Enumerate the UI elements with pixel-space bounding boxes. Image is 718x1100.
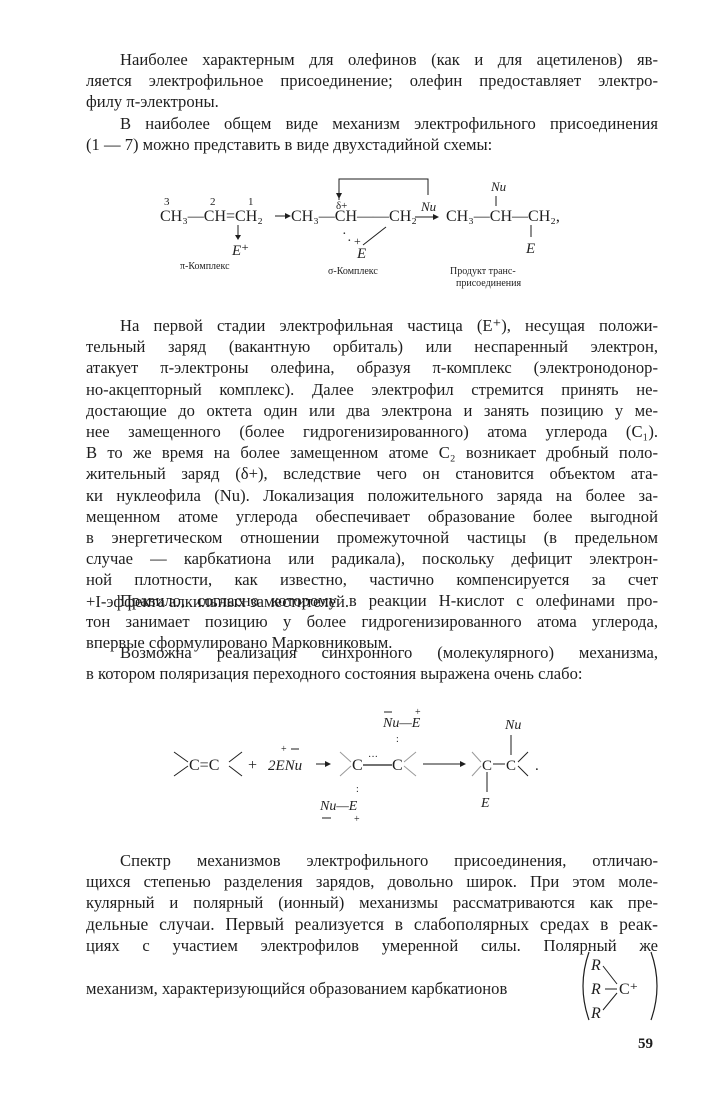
dots: ··· bbox=[368, 752, 378, 763]
reagent-formula: 2ENu bbox=[268, 758, 302, 774]
text-line: Правило, согласно которому в реакции H-к… bbox=[86, 590, 658, 611]
text-line: кулярный и полярный (ионный) механизмы р… bbox=[86, 892, 658, 913]
dots: · bbox=[347, 234, 352, 249]
arrow-head-icon bbox=[460, 761, 466, 767]
text-line: Наиболее характерным для олефинов (как и… bbox=[86, 49, 658, 70]
product-e-label: E bbox=[525, 241, 535, 257]
paragraph-2: В наиболее общем виде механизм электрофи… bbox=[86, 113, 658, 155]
sigma-complex-caption: σ-Комплекс bbox=[328, 266, 378, 277]
left-paren bbox=[583, 952, 589, 1020]
text-line: нее замещенного (более гидрогенизированн… bbox=[86, 421, 658, 442]
delta-plus-label: δ+ bbox=[336, 200, 347, 212]
two-stage-mechanism-scheme: 3 2 1 CH₃—CH=CH₂ E⁺ CH₃—CH——CH₂ δ+ Nu · … bbox=[150, 165, 570, 295]
text-line: ной плотности, как известно, частично ко… bbox=[86, 569, 658, 590]
nucleophile-attack-path bbox=[339, 179, 428, 200]
plus-charge: + bbox=[281, 744, 287, 755]
text-line: тон занимает позицию у более гидрогенизи… bbox=[86, 611, 658, 632]
text-line: атакует π-электроны олефина, образуя π-к… bbox=[86, 357, 658, 378]
text-line: (1 — 7) можно представить в виде двухста… bbox=[86, 134, 658, 155]
product-e-label: E bbox=[480, 796, 490, 811]
arrow-head-icon bbox=[336, 193, 342, 199]
r-group-1: R bbox=[590, 957, 601, 974]
text-line: В наиболее общем виде механизм электрофи… bbox=[86, 113, 658, 134]
paragraph-6: Спектр механизмов электрофильного присое… bbox=[86, 850, 658, 956]
carbon-number-2: 2 bbox=[210, 196, 216, 208]
carbocation-center: C⁺ bbox=[619, 981, 638, 998]
bond bbox=[174, 766, 188, 776]
dots: : bbox=[356, 784, 359, 795]
product-nu-label: Nu bbox=[490, 179, 507, 194]
bond bbox=[603, 993, 617, 1010]
bond bbox=[174, 752, 188, 762]
bond bbox=[518, 752, 528, 762]
text-line: достающие до октета один или два электро… bbox=[86, 400, 658, 421]
arrow-head-icon bbox=[235, 235, 241, 240]
paragraph-3: На первой стадии электрофильная частица … bbox=[86, 315, 658, 612]
dots: : bbox=[396, 734, 399, 745]
bond bbox=[229, 766, 242, 776]
product-formula: CH₃—CH—CH₂, bbox=[446, 208, 560, 225]
text-line: мещенном атоме углерода обеспечивает обр… bbox=[86, 506, 658, 527]
product-caption-line2: присоединения bbox=[456, 278, 522, 289]
ts-bottom-label: Nu—E bbox=[319, 799, 358, 814]
right-paren bbox=[651, 952, 657, 1020]
text-line: циях с участием электрофилов умеренной с… bbox=[86, 935, 658, 956]
text-line: ки нуклеофила (Nu). Локализация положите… bbox=[86, 485, 658, 506]
text-line: в энергетическом отношении промежуточной… bbox=[86, 527, 658, 548]
text-line: тельный заряд (вакантную орбиталь) или н… bbox=[86, 336, 658, 357]
text-line: ляется электрофильное присоединение; оле… bbox=[86, 70, 658, 91]
text-line: жительный заряд (δ+), вследствие чего он… bbox=[86, 463, 658, 484]
pi-complex-caption: π-Комплекс bbox=[180, 261, 230, 272]
r-group-2: R bbox=[590, 981, 601, 998]
ts-top-label: Nu—E bbox=[382, 716, 421, 731]
text-line: филу π-электроны. bbox=[86, 91, 658, 112]
text-line: но-акцепторный комплекс). Далее электроф… bbox=[86, 379, 658, 400]
synchronous-mechanism-scheme: C=C + 2ENu + C ··· C Nu—E + : : Nu—E + C… bbox=[170, 700, 550, 830]
plus-charge: + bbox=[354, 814, 360, 825]
propene-formula: CH₃—CH=CH₂ bbox=[160, 208, 263, 225]
electrophile-label: E⁺ bbox=[231, 243, 249, 259]
text-line: щихся степенью разделения зарядов, довол… bbox=[86, 871, 658, 892]
carbon-number-3: 3 bbox=[164, 196, 170, 208]
plus-charge: + bbox=[415, 707, 421, 718]
period: . bbox=[535, 758, 539, 774]
bond bbox=[472, 766, 481, 776]
bond bbox=[340, 752, 351, 762]
bond bbox=[229, 752, 242, 762]
ts-carbon-right: C bbox=[392, 757, 403, 774]
paragraph-5: Возможна реализация синхронного (молекул… bbox=[86, 642, 658, 684]
paragraph-1: Наиболее характерным для олефинов (как и… bbox=[86, 49, 658, 113]
arrow-head-icon bbox=[433, 214, 439, 220]
bond bbox=[404, 766, 416, 776]
nu-reagent-label: Nu bbox=[420, 199, 437, 214]
ts-carbon-left: C bbox=[352, 757, 363, 774]
bond bbox=[340, 766, 351, 776]
bond bbox=[404, 752, 416, 762]
paragraph-6-last-line: механизм, характеризующийся образованием… bbox=[86, 978, 556, 999]
arrow-head-icon bbox=[325, 761, 331, 767]
product-caption-line1: Продукт транс- bbox=[450, 266, 516, 277]
text-line: в котором поляризация переходного состоя… bbox=[86, 663, 658, 684]
dots: · bbox=[342, 227, 347, 242]
bond bbox=[472, 752, 481, 762]
product-carbon-right: C bbox=[506, 758, 516, 774]
text-line: дельные случаи. Первый реализуется в сла… bbox=[86, 914, 658, 935]
product-carbon-left: C bbox=[482, 758, 492, 774]
text-line: Возможна реализация синхронного (молекул… bbox=[86, 642, 658, 663]
text-line: В то же время на более замещенном атоме … bbox=[86, 442, 658, 463]
olefin-formula: C=C bbox=[189, 757, 219, 774]
sigma-e-label: E bbox=[356, 246, 366, 262]
r-group-3: R bbox=[590, 1005, 601, 1022]
product-nu-label: Nu bbox=[504, 718, 521, 733]
carbon-number-1: 1 bbox=[248, 196, 254, 208]
text-line: На первой стадии электрофильная частица … bbox=[86, 315, 658, 336]
bond bbox=[518, 766, 528, 776]
carbocation-formula: R R R C⁺ bbox=[575, 948, 665, 1024]
page-number: 59 bbox=[638, 1036, 653, 1053]
text-line: механизм, характеризующийся образованием… bbox=[86, 978, 556, 999]
text-line: Спектр механизмов электрофильного присое… bbox=[86, 850, 658, 871]
plus-sign: + bbox=[248, 757, 257, 774]
bridge-bond bbox=[363, 227, 386, 245]
text-line: случае — карбкатиона или радикала), поск… bbox=[86, 548, 658, 569]
bond bbox=[603, 966, 617, 984]
sigma-complex-formula: CH₃—CH——CH₂ bbox=[291, 208, 417, 225]
